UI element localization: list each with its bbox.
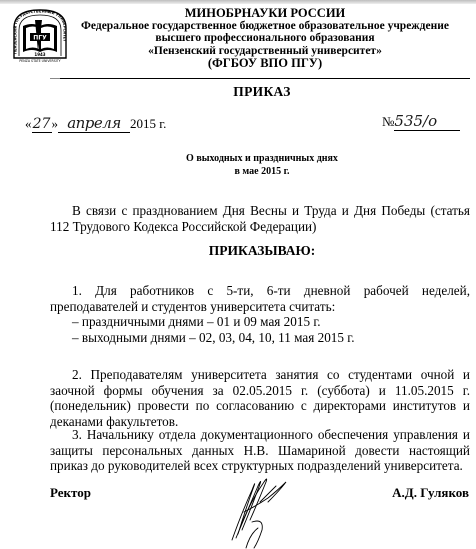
subject-line-1: О выходных и праздничных днях xyxy=(0,153,476,166)
date-day: 27 xyxy=(32,116,52,133)
document-type-title: ПРИКАЗ xyxy=(0,84,476,100)
svg-text:ПГУ: ПГУ xyxy=(33,35,47,42)
subject-line-2: в мае 2015 г. xyxy=(0,166,476,179)
order-item-2: 2. Преподавателям университета занятия с… xyxy=(50,367,470,429)
date-month: апреля xyxy=(58,114,130,133)
item-1-days-off: – выходными днями – 02, 03, 04, 10, 11 м… xyxy=(50,330,470,346)
order-item-1: 1. Для работников с 5-ти, 6-ти дневной р… xyxy=(50,283,470,345)
letterhead-divider xyxy=(60,78,470,79)
item-1-holidays: – праздничными днями – 01 и 09 мая 2015 … xyxy=(50,314,470,330)
date-year: 2015 г. xyxy=(130,116,166,131)
letterhead: МИНОБРНАУКИ РОССИИ Федеральное государст… xyxy=(60,7,470,70)
preamble-paragraph: В связи с празднованием Дня Весны и Труд… xyxy=(50,203,470,234)
order-directive-heading: ПРИКАЗЫВАЮ: xyxy=(0,243,476,259)
number-value: 535/о xyxy=(394,112,460,131)
viewer-top-edge xyxy=(0,0,476,4)
signatory-name: А.Д. Гуляков xyxy=(392,485,469,501)
ministry-name: МИНОБРНАУКИ РОССИИ xyxy=(60,7,470,20)
number-prefix: № xyxy=(382,114,394,129)
order-date: «27»апреля2015 г. xyxy=(25,114,166,133)
order-item-3: 3. Начальнику отдела документационного о… xyxy=(50,427,470,474)
institution-line-1: Федеральное государственное бюджетное об… xyxy=(60,20,470,33)
item-1-text: 1. Для работников с 5-ти, 6-ти дневной р… xyxy=(50,283,470,314)
signatory-title: Ректор xyxy=(50,485,91,501)
order-subject: О выходных и праздничных днях в мае 2015… xyxy=(0,153,476,178)
institution-line-2: высшего профессионального образования xyxy=(60,32,470,45)
svg-text:1943: 1943 xyxy=(34,52,45,57)
svg-text:PENZA STATE UNIVERSITY: PENZA STATE UNIVERSITY xyxy=(19,59,60,63)
order-number: №535/о xyxy=(382,112,460,131)
handwritten-signature-icon xyxy=(224,472,304,549)
institution-abbreviation: (ФГБОУ ВПО ПГУ) xyxy=(60,57,470,70)
